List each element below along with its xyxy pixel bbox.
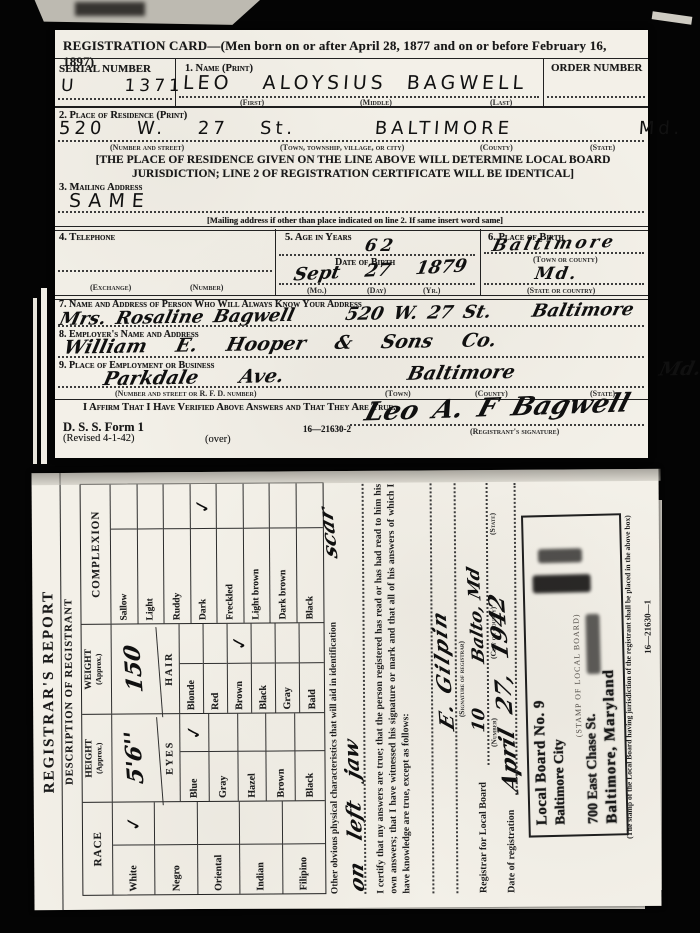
telephone-line <box>58 268 272 272</box>
registrar-signature-sub: (Signature of registrar) <box>457 641 467 717</box>
local-board-stamp-box: (STAMP OF LOCAL BOARD) Local Board No. 9… <box>521 513 629 837</box>
divider <box>543 59 544 106</box>
option-checkbox <box>180 624 203 663</box>
option-label: Black <box>252 663 275 713</box>
option-checkbox <box>282 801 325 843</box>
option-checkbox <box>137 484 163 528</box>
option-label: Bald <box>300 662 324 712</box>
eyes-options-row: Blue✓ <box>180 714 209 801</box>
stamp-printed-label: (STAMP OF LOCAL BOARD) <box>569 516 586 834</box>
telephone-sub-number: (Number) <box>190 283 223 292</box>
back-print-code: 16—21630—1 <box>642 600 652 654</box>
front-print-code: 16—21630-2 <box>303 424 351 434</box>
stamp-ink-smudge <box>585 614 600 674</box>
hair-options-row: Black <box>252 624 277 713</box>
complexion-options-row: Ruddy <box>164 484 191 623</box>
residence-sub-town: (Town, township, village, or city) <box>280 143 404 152</box>
option-checkbox <box>243 484 269 528</box>
birth-town-line <box>484 238 644 254</box>
option-label: Hazel <box>238 751 266 801</box>
description-table: RACE White✓NegroOrientalIndianFilipino H… <box>80 482 327 896</box>
height-header-text: HEIGHT <box>84 715 95 802</box>
eyes-options-row: Gray <box>209 714 238 801</box>
complexion-options: SallowLightRuddyDark✓FreckledLight brown… <box>111 483 324 623</box>
serial-line <box>58 82 172 100</box>
board-state-sub: (State) <box>488 513 497 535</box>
birth-town-sub: (Town or county) <box>533 255 598 264</box>
stamp-line2: Baltimore City <box>550 739 568 825</box>
complexion-header: COMPLEXION <box>81 485 112 624</box>
date-label: Date of registration <box>506 810 518 893</box>
certify-statement: I certify that my answers are true; that… <box>372 484 414 894</box>
race-options-row: Negro <box>155 802 198 894</box>
race-options-row: White✓ <box>113 802 156 894</box>
weight-value: 150 <box>108 621 163 718</box>
option-checkbox <box>238 714 266 751</box>
option-label: Gray <box>276 662 299 712</box>
board-label: Registrar for Local Board <box>478 782 490 893</box>
option-checkbox <box>217 484 243 528</box>
hair-options-row: Bald <box>300 623 325 712</box>
stray-edge-right <box>652 11 693 24</box>
option-checkbox <box>111 484 137 528</box>
option-checkbox: ✓ <box>113 802 155 844</box>
characteristics-line <box>350 484 367 894</box>
option-label: Filipino <box>283 843 326 893</box>
residence-sub-county: (County) <box>480 143 513 152</box>
option-checkbox: ✓ <box>228 624 251 663</box>
section-rule <box>55 226 648 231</box>
option-label: Dark <box>190 528 216 623</box>
option-label: White <box>113 844 155 894</box>
dob-line <box>279 266 475 285</box>
weight-approx: (Approx.) <box>94 625 104 714</box>
stamp-ink-smudge <box>532 574 590 593</box>
dob-sub-day: (Day) <box>367 286 386 295</box>
divider <box>275 229 276 295</box>
option-label: Sallow <box>111 528 137 623</box>
employer-line <box>58 338 644 358</box>
jurisdiction-notice: [THE PLACE OF RESIDENCE GIVEN ON THE LIN… <box>73 154 633 181</box>
option-label: Brown <box>228 663 251 713</box>
option-label: Red <box>204 663 227 713</box>
residence-sub-state: (State) <box>590 143 615 152</box>
option-checkbox <box>276 623 299 662</box>
eyes-options: Blue✓GrayHazelBrownBlack <box>180 713 325 801</box>
telephone-label: 4. Telephone <box>59 232 115 243</box>
card-edge-sliver <box>33 298 37 464</box>
option-checkbox <box>300 623 324 662</box>
dob-sub-mo: (Mo.) <box>307 286 327 295</box>
option-checkbox: ✓ <box>190 484 216 528</box>
checkmark: ✓ <box>191 497 215 516</box>
residence-sub-street: (Number and street) <box>110 143 184 152</box>
back-subtitle: DESCRIPTION OF REGISTRANT <box>62 473 76 910</box>
stamp-caption: (The stamp of the Local Board having jur… <box>624 510 635 844</box>
checkmark: ✓ <box>227 634 251 653</box>
option-checkbox <box>164 484 190 528</box>
registrant-signature-sub: (Registrant's signature) <box>470 427 559 436</box>
mailing-note: [Mailing address if other than place ind… <box>145 215 565 225</box>
complexion-options-row: Sallow <box>111 484 138 623</box>
age-line <box>279 240 475 256</box>
affirm-statement: I Affirm That I Have Verified Above Answ… <box>83 402 396 413</box>
eyes-options-row: Brown <box>267 713 296 800</box>
header-rule <box>55 58 648 59</box>
height-value: 5'6'' <box>109 711 164 806</box>
characteristics-value: scar <box>313 505 342 561</box>
stamp-ink-smudge <box>538 548 582 563</box>
stamp-line4: Baltimore, Maryland <box>601 669 622 824</box>
registration-card-front: REGISTRATION CARD—(Men born on or after … <box>55 30 648 458</box>
residence-line <box>58 122 644 142</box>
stamp-line3: 700 East Chase St. <box>584 713 603 824</box>
hair-options-row: Red <box>204 624 229 713</box>
option-label: Blue <box>180 751 208 801</box>
option-label: Gray <box>209 751 237 801</box>
weight-header: WEIGHT (Approx.) <box>82 625 113 714</box>
option-checkbox <box>267 713 295 750</box>
hair-header: HAIR <box>160 624 181 713</box>
telephone-sub-exchange: (Exchange) <box>90 283 131 292</box>
option-checkbox <box>155 802 197 844</box>
race-options-row: Oriental <box>198 802 241 894</box>
scanned-draft-card-page: REGISTRATION CARD—(Men born on or after … <box>0 0 700 933</box>
stamp-line1: Local Board No. 9 <box>532 700 552 826</box>
option-label: Brown <box>267 750 295 800</box>
option-checkbox <box>204 624 227 663</box>
complexion-options-row: Dark✓ <box>190 484 217 623</box>
option-checkbox: ✓ <box>180 714 208 751</box>
complexion-options-row: Light <box>137 484 164 623</box>
registrar-report-surface: REGISTRAR'S REPORT DESCRIPTION OF REGIST… <box>31 469 661 910</box>
weight-hair-column: WEIGHT (Approx.) 150 HAIR BlondeRedBrown… <box>82 622 325 714</box>
complexion-options-row: Light brown <box>243 484 270 623</box>
option-checkbox <box>209 714 237 751</box>
option-label: Dark brown <box>270 527 296 622</box>
height-approx: (Approx.) <box>94 715 104 802</box>
complexion-options-row: Freckled <box>217 484 244 623</box>
eyes-options-row: Black <box>295 713 324 800</box>
complexion-column: COMPLEXION SallowLightRuddyDark✓Freckled… <box>81 483 324 624</box>
option-checkbox <box>198 802 240 844</box>
card-edge-sliver <box>41 288 47 464</box>
option-label: Blonde <box>180 663 203 713</box>
employment-line <box>58 368 644 388</box>
option-label: Light <box>137 528 163 623</box>
date-value: April 27, 1942 <box>484 591 525 794</box>
option-label: Freckled <box>217 528 243 623</box>
dob-sub-yr: (Yr.) <box>423 286 440 295</box>
option-checkbox <box>270 483 296 527</box>
race-options-row: Filipino <box>282 801 325 893</box>
option-label: Indian <box>240 843 282 893</box>
stray-card-corner <box>30 0 260 27</box>
date-line <box>512 483 518 795</box>
divider <box>480 229 481 295</box>
hair-options-row: Blonde <box>180 624 205 713</box>
option-checkbox <box>252 624 275 663</box>
birth-state-line <box>484 268 644 285</box>
race-header: RACE <box>83 803 114 895</box>
birth-state-sub: (State or country) <box>527 286 595 295</box>
contact-line <box>58 308 644 327</box>
mailing-line <box>58 194 644 213</box>
name-line <box>179 76 539 98</box>
eyes-options-row: Hazel <box>238 714 267 801</box>
eyes-header: EYES <box>160 714 181 801</box>
over-label: (over) <box>205 434 231 445</box>
order-line <box>547 80 645 98</box>
weight-header-text: WEIGHT <box>84 625 95 714</box>
option-label: Light brown <box>243 528 269 623</box>
order-number-label: ORDER NUMBER <box>551 62 642 74</box>
height-eyes-column: HEIGHT (Approx.) 5'6'' EYES Blue✓GrayHaz… <box>82 712 325 802</box>
employment-sub-street: (Number and street or R. F. D. number) <box>115 389 257 398</box>
option-label: Black <box>296 750 325 800</box>
option-checkbox <box>295 713 324 750</box>
checkmark: ✓ <box>182 723 206 742</box>
race-column: RACE White✓NegroOrientalIndianFilipino <box>83 800 326 895</box>
hair-options: BlondeRedBrown✓BlackGrayBald <box>180 623 325 713</box>
serial-number-label: SERIAL NUMBER <box>59 63 151 75</box>
signature-line <box>350 412 644 426</box>
checkmark: ✓ <box>122 814 146 833</box>
option-label: Negro <box>155 844 197 894</box>
height-header: HEIGHT (Approx.) <box>82 715 113 802</box>
option-label: Ruddy <box>164 528 190 623</box>
row-rule <box>55 106 648 108</box>
hair-options-row: Brown✓ <box>228 624 253 713</box>
hair-options-row: Gray <box>276 623 301 712</box>
back-title: REGISTRAR'S REPORT <box>39 473 59 910</box>
stray-card-marks <box>75 2 145 16</box>
characteristics-label: Other obvious physical characteristics t… <box>328 564 340 894</box>
registrar-report-card: REGISTRAR'S REPORT DESCRIPTION OF REGIST… <box>31 469 663 910</box>
race-options-row: Indian <box>240 801 283 893</box>
option-label: Oriental <box>198 844 240 894</box>
complexion-options-row: Dark brown <box>270 483 297 622</box>
option-checkbox <box>240 801 282 843</box>
form-revision: (Revised 4-1-42) <box>63 433 134 444</box>
race-options: White✓NegroOrientalIndianFilipino <box>113 801 326 894</box>
